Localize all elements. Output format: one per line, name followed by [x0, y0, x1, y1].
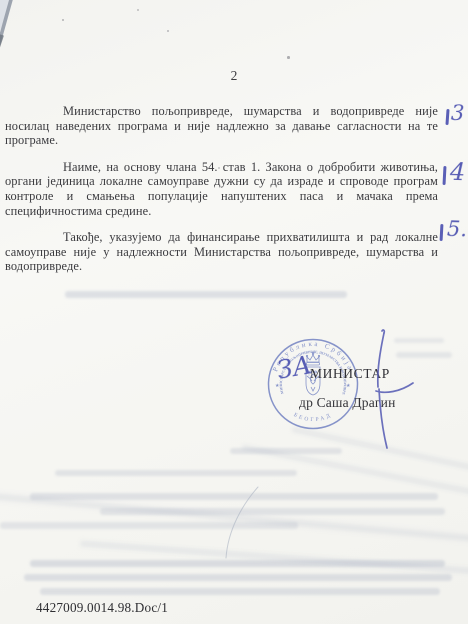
- document-reference: 4427009.0014.98.Doc/1: [36, 600, 168, 616]
- signature-overlay: [0, 0, 468, 624]
- scanned-letter-page: 2 Министарство пољопривреде, шумарства и…: [0, 0, 468, 624]
- faint-pen-line: [226, 487, 258, 558]
- handwritten-signature: [376, 330, 413, 448]
